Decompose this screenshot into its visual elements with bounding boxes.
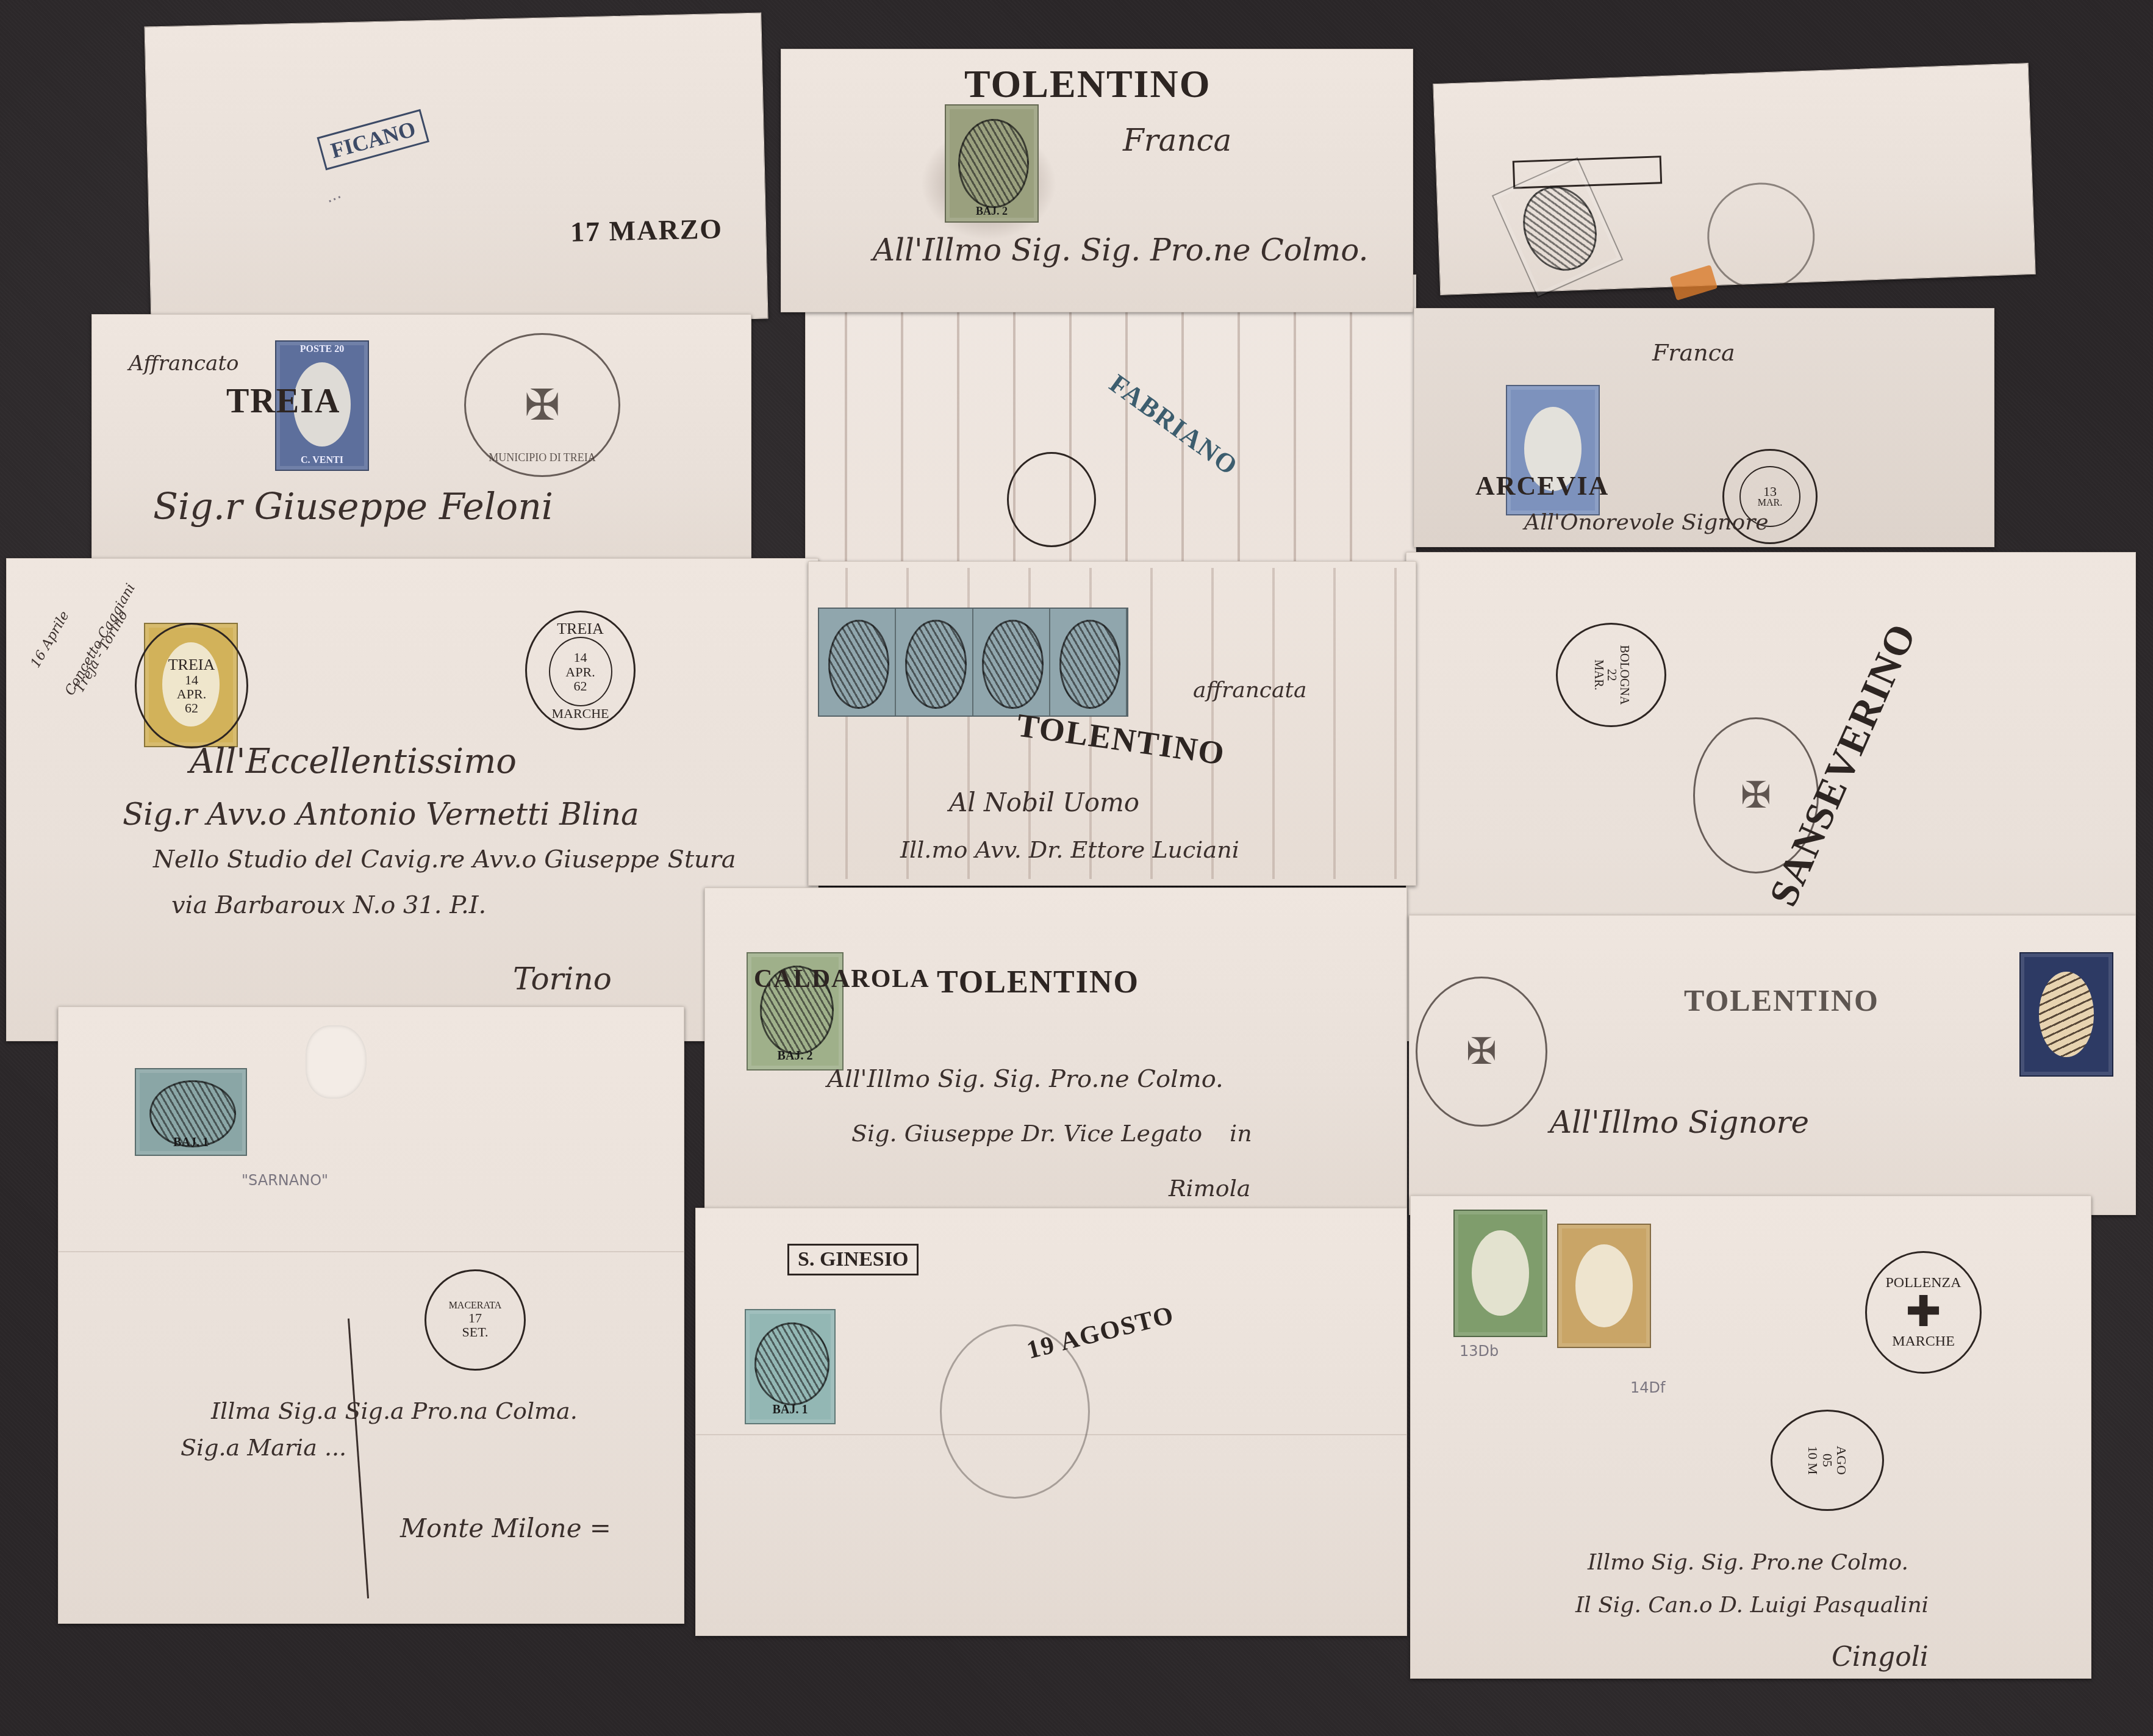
stamp-sardinia-green (1453, 1210, 1547, 1337)
manuscript-line-2: Sig.a Maria ... (181, 1434, 346, 1461)
postmark-date-ago: AGO 05 10 M (1771, 1410, 1884, 1511)
pencil-catalogue-2: 14Df (1630, 1379, 1665, 1396)
cover-treia-yellow: 16 Aprile Concetto Caggiani Treja - Tori… (6, 558, 819, 1041)
cover-sarnano: BAJ. 1 "SARNANO" MACERATA 17 SET. Illma … (58, 1006, 684, 1624)
manuscript-line-4: via Barbaroux N.o 31. P.I. (171, 891, 486, 919)
postmark-s-ginesio: S. GINESIO (787, 1244, 919, 1275)
manuscript-line-1: Illma Sig.a Sig.a Pro.na Colma. (211, 1397, 578, 1424)
postmark-date: 17 MARZO (570, 212, 723, 248)
manuscript-line-3: Cingoli (1832, 1641, 1929, 1673)
postmark-treia-marche: TREIA 14 APR. 62 MARCHE (525, 611, 636, 730)
cover-tolentino-top: TOLENTINO BAJ. 2 Franca All'Illmo Sig. S… (781, 49, 1413, 312)
manuscript-line-3: Nello Studio del Cavig.re Avv.o Giuseppe… (153, 845, 736, 873)
manuscript-line-4: Rimola (1169, 1175, 1250, 1202)
cross-icon: ✚ (1905, 1291, 1941, 1334)
cover-pollenza: 13Db 14Df POLLENZA ✚ MARCHE AGO 05 10 M … (1410, 1196, 2091, 1679)
manuscript-line-1: Al Nobil Uomo (949, 787, 1139, 817)
stamp-papal-baj1: BAJ. 1 (745, 1309, 836, 1424)
stamp-papal-baj1: BAJ. 1 (135, 1068, 247, 1156)
stamp-sardinia-dark-blue (2019, 952, 2113, 1077)
cover-caldarola: BAJ. 2 CALDAROLA TOLENTINO All'Illmo Sig… (704, 888, 1407, 1212)
stamp-in-strip (819, 609, 896, 716)
seal-giunta-municipale: ✠ (1416, 977, 1547, 1127)
manuscript-stroke (348, 1318, 369, 1598)
postmark-ficano: FICANO (317, 109, 429, 170)
manuscript-franca: Franca (1652, 339, 1735, 366)
postmark-caldarola: CALDAROLA (754, 964, 930, 994)
stamp-strip-papal (818, 608, 1128, 717)
cover-tolentino-municipale: ✠ TOLENTINO All'Illmo Signore (1409, 915, 2136, 1215)
manuscript-addressee: All'Illmo Sig. Sig. Pro.ne Colmo. (873, 232, 1368, 268)
manuscript-addressee: All'Onorevole Signore (1524, 510, 1769, 535)
pencil-catalogue-1: 13Db (1460, 1343, 1499, 1360)
manuscript-line-2: Sig. Giuseppe Dr. Vice Legato (851, 1120, 1202, 1147)
postmark-pollenza-marche: POLLENZA ✚ MARCHE (1865, 1251, 1982, 1374)
cover-arcevia: Franca ARCEVIA 13 MAR. All'Onorevole Sig… (1414, 308, 1994, 547)
pencil-note: ... (323, 184, 344, 207)
manuscript-affrancata: affrancata (1193, 678, 1306, 703)
manuscript-line-1: All'Illmo Sig. Sig. Pro.ne Colmo. (827, 1065, 1223, 1093)
manuscript-franca: Franca (1123, 123, 1231, 158)
manuscript-side-note: 16 Aprile (28, 609, 73, 670)
manuscript-line-2: Ill.mo Avv. Dr. Ettore Luciani (900, 836, 1239, 863)
stamp-papal-baj2: BAJ. 2 (945, 104, 1039, 223)
manuscript-line-2: Il Sig. Can.o D. Luigi Pasqualini (1575, 1593, 1929, 1618)
cover-tolentino-strip: affrancata TOLENTINO Al Nobil Uomo Ill.m… (808, 561, 1416, 886)
postmark-tolentino: TOLENTINO (1684, 983, 1879, 1018)
manuscript-addressee: Sig.r Giuseppe Feloni (153, 486, 553, 528)
postmark-arcevia: ARCEVIA (1475, 470, 1609, 501)
cover-treia-blue: Affrancato POSTE 20 C. VENTI TREIA MUNIC… (91, 314, 751, 572)
postmark-tolentino: TOLENTINO (937, 964, 1139, 1000)
stamp-in-strip (1050, 609, 1127, 716)
manuscript-addressee: All'Illmo Signore (1550, 1105, 1809, 1140)
manuscript-affrancato: Affrancato (129, 351, 239, 376)
postmark-date: 19 AGOSTO (1024, 1300, 1177, 1365)
pencil-note-sarnano: "SARNANO" (242, 1172, 328, 1189)
manuscript-line-1: Illmo Sig. Sig. Pro.ne Colmo. (1588, 1550, 1908, 1575)
manuscript-line-1: All'Eccellentissimo (190, 742, 517, 781)
postmark-macerata: MACERATA 17 SET. (425, 1269, 526, 1371)
stamp-in-strip (973, 609, 1050, 716)
manuscript-line-3: Monte Milone = (400, 1513, 611, 1543)
manuscript-line-5: Torino (513, 961, 612, 997)
tear-hole (306, 1025, 367, 1099)
postmark-treia-on-stamp: TREIA 14 APR. 62 (135, 623, 248, 748)
stamp-in-strip (896, 609, 973, 716)
postmark-date-stamp (1705, 181, 1816, 292)
manuscript-line-3: in (1230, 1120, 1252, 1147)
postmark-bologna: BOLOGNA 22 MAR. (1556, 623, 1666, 727)
cover-ficano: FICANO ... 17 MARZO (144, 13, 768, 333)
postmark-tolentino: TOLENTINO (964, 62, 1211, 107)
postmark-circular-date (1007, 452, 1096, 547)
seal-municipio-treia: MUNICIPIO DI TREIA ✠ (464, 333, 620, 477)
cover-boxed-town (1433, 63, 2036, 295)
manuscript-line-2: Sig.r Avv.o Antonio Vernetti Blina (123, 797, 639, 832)
postmark-treia: TREIA (226, 382, 340, 421)
stamp-sardinia-bistre (1557, 1224, 1651, 1348)
cover-s-ginesio: S. GINESIO BAJ. 1 19 AGOSTO (695, 1208, 1407, 1636)
